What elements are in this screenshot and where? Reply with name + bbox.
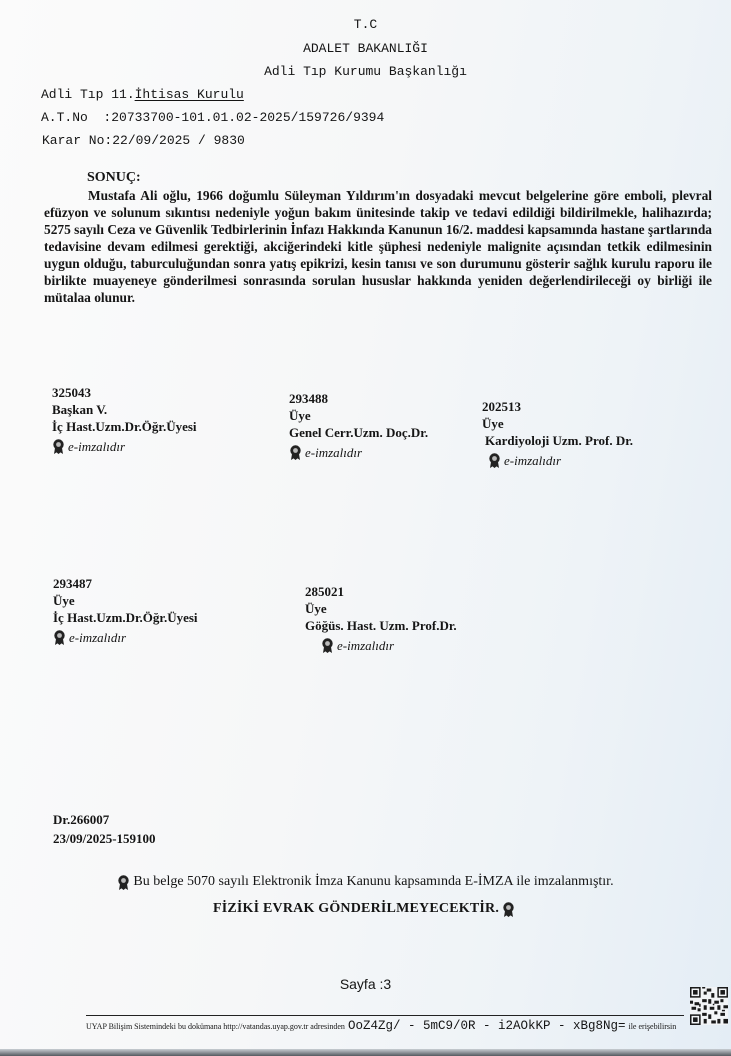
signatory-block: 285021 Üye Göğüs. Hast. Uzm. Prof.Dr. e-… xyxy=(305,583,457,654)
preparer-doctor: Dr.266007 xyxy=(53,810,156,829)
esign-text: e-imzalıdır xyxy=(504,452,561,469)
decision-line: Karar No:22/09/2025 / 9830 xyxy=(42,133,245,148)
esign-notice: Bu belge 5070 sayılı Elektronik İmza Kan… xyxy=(0,874,731,890)
at-no-value: :20733700-101.01.02-2025/159726/9394 xyxy=(103,110,384,125)
decision-value: 22/09/2025 / 9830 xyxy=(112,133,245,148)
esign-label: e-imzalıdır xyxy=(53,629,198,646)
esign-text: e-imzalıdır xyxy=(337,637,394,654)
esign-label: e-imzalıdır xyxy=(488,452,633,469)
signatory-id: 325043 xyxy=(52,384,197,401)
esign-text: e-imzalıdır xyxy=(69,629,126,646)
e-signature-seal-icon xyxy=(502,902,515,917)
signatory-role: Üye xyxy=(305,600,457,617)
signatory-block: 325043 Başkan V. İç Hast.Uzm.Dr.Öğr.Üyes… xyxy=(52,384,197,455)
board-line: Adli Tıp 11.İhtisas Kurulu xyxy=(41,87,244,102)
signatory-block: 293487 Üye İç Hast.Uzm.Dr.Öğr.Üyesi e-im… xyxy=(53,575,198,646)
uyap-access-line: UYAP Bilişim Sistemindeki bu dokümana ht… xyxy=(86,1019,676,1033)
page-edge xyxy=(0,1049,731,1056)
signatory-id: 202513 xyxy=(482,398,633,415)
e-signature-seal-icon xyxy=(117,875,130,890)
at-no-line: A.T.No :20733700-101.01.02-2025/159726/9… xyxy=(41,110,384,125)
esign-label: e-imzalıdır xyxy=(289,444,428,461)
page-number: Sayfa :3 xyxy=(0,976,731,992)
decision-label: Karar No: xyxy=(42,133,112,148)
e-signature-seal-icon xyxy=(52,439,65,454)
signatory-id: 293487 xyxy=(53,575,198,592)
signatory-role: Üye xyxy=(289,407,428,424)
preparer-timestamp: 23/09/2025-159100 xyxy=(53,829,156,848)
esign-text: e-imzalıdır xyxy=(305,444,362,461)
signatory-title: Kardiyoloji Uzm. Prof. Dr. xyxy=(485,432,633,449)
no-physical-text: FİZİKİ EVRAK GÖNDERİLMEYECEKTİR. xyxy=(213,901,499,917)
header-country: T.C xyxy=(0,17,731,32)
signatory-role: Üye xyxy=(53,592,198,609)
signatory-title: İç Hast.Uzm.Dr.Öğr.Üyesi xyxy=(53,609,198,626)
header-ministry: ADALET BAKANLIĞI xyxy=(0,41,731,56)
uyap-prefix: UYAP Bilişim Sistemindeki bu dokümana ht… xyxy=(86,1022,345,1031)
conclusion-title: SONUÇ: xyxy=(87,170,141,186)
signatory-role: Üye xyxy=(482,415,633,432)
signatory-block: 293488 Üye Genel Cerr.Uzm. Doç.Dr. e-imz… xyxy=(289,390,428,461)
qr-code-icon xyxy=(690,987,728,1025)
header-institution: Adli Tıp Kurumu Başkanlığı xyxy=(0,64,731,79)
no-physical-notice: FİZİKİ EVRAK GÖNDERİLMEYECEKTİR. xyxy=(0,901,731,917)
board-prefix: Adli Tıp 11. xyxy=(41,87,135,102)
e-signature-seal-icon xyxy=(321,638,334,653)
signatory-role: Başkan V. xyxy=(52,401,197,418)
at-no-label: A.T.No xyxy=(41,110,88,125)
esign-notice-text: Bu belge 5070 sayılı Elektronik İmza Kan… xyxy=(133,874,613,890)
signatory-id: 285021 xyxy=(305,583,457,600)
access-code: OoZ4Zg/ - 5mC9/0R - i2AOkKP - xBg8Ng= xyxy=(348,1019,626,1033)
preparer-block: Dr.266007 23/09/2025-159100 xyxy=(53,810,156,848)
esign-text: e-imzalıdır xyxy=(68,438,125,455)
signatory-title: İç Hast.Uzm.Dr.Öğr.Üyesi xyxy=(52,418,197,435)
e-signature-seal-icon xyxy=(289,445,302,460)
e-signature-seal-icon xyxy=(488,453,501,468)
footer-divider xyxy=(86,1015,684,1016)
esign-label: e-imzalıdır xyxy=(321,637,457,654)
signatory-id: 293488 xyxy=(289,390,428,407)
conclusion-text: Mustafa Ali oğlu, 1966 doğumlu Süleyman … xyxy=(44,187,712,306)
board-name: İhtisas Kurulu xyxy=(135,87,244,102)
esign-label: e-imzalıdır xyxy=(52,438,197,455)
uyap-suffix: ile erişebilirsin xyxy=(628,1022,676,1031)
e-signature-seal-icon xyxy=(53,630,66,645)
signatory-title: Göğüs. Hast. Uzm. Prof.Dr. xyxy=(305,617,457,634)
signatory-title: Genel Cerr.Uzm. Doç.Dr. xyxy=(289,424,428,441)
signatory-block: 202513 Üye Kardiyoloji Uzm. Prof. Dr. e-… xyxy=(482,398,633,469)
